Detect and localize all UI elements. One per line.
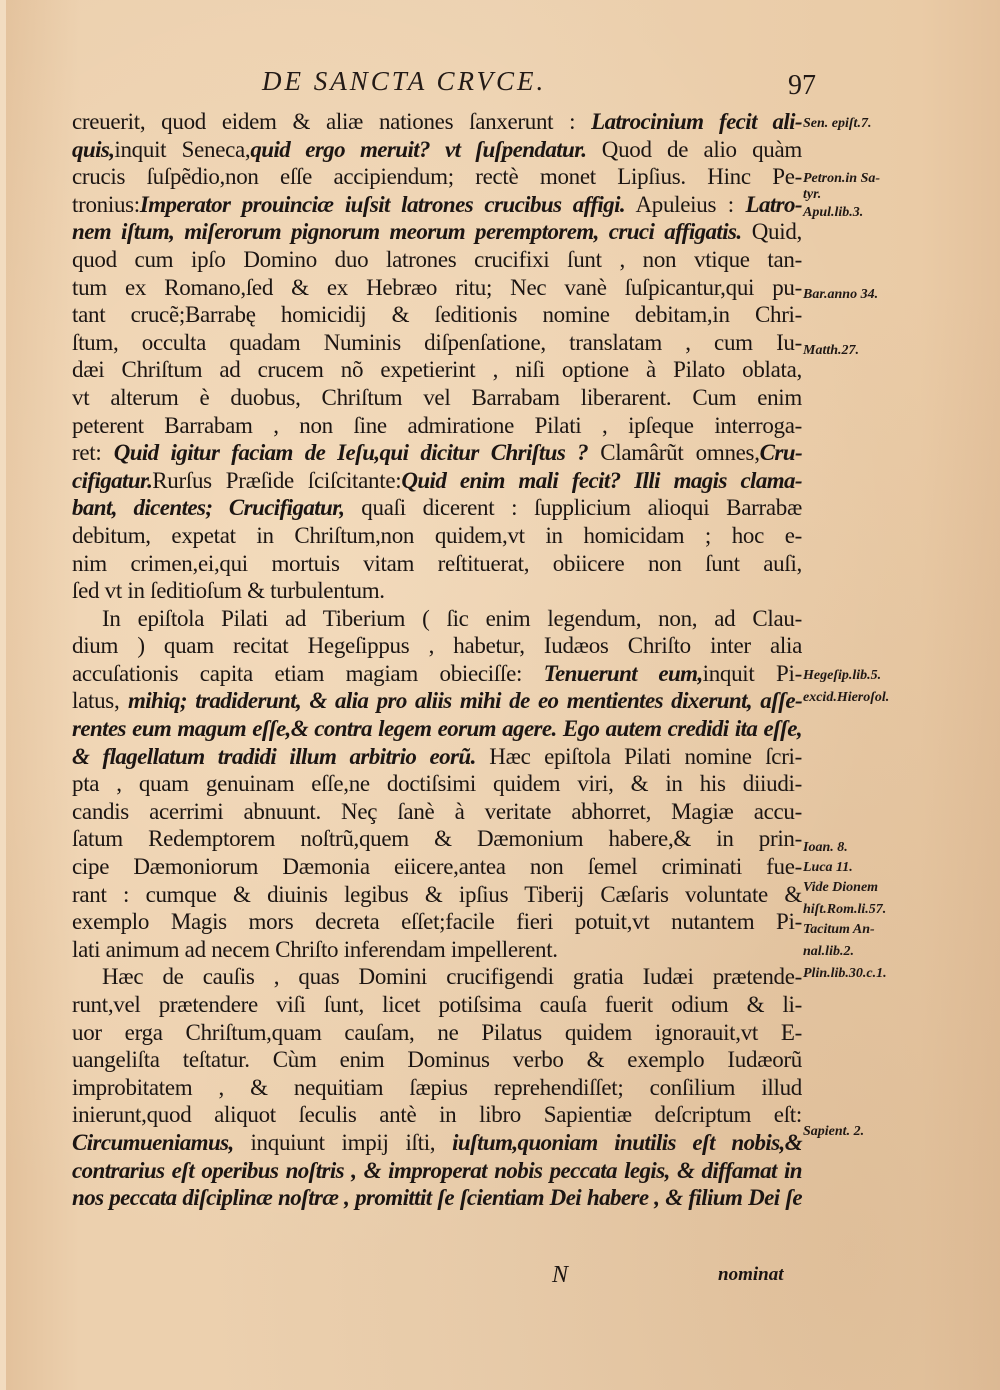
margin-note: Apul.lib.3. bbox=[803, 205, 963, 221]
text-line: nem iſtum, miſerorum pignorum meorum per… bbox=[72, 218, 802, 246]
book-page: DE SANCTA CRVCE. 97 creuerit, quod eidem… bbox=[0, 0, 1000, 1390]
text-segment: vt alterum è duobus, Chriſtum vel Barrab… bbox=[72, 385, 802, 410]
text-segment: nim crimen,ei,qui mortuis vitam reſtitue… bbox=[72, 551, 802, 576]
text-line: bant, dicentes; Crucifigatur, quaſi dice… bbox=[72, 494, 802, 522]
text-line: tum ex Romano,ſed & ex Hebræo ritu; Nec … bbox=[72, 274, 802, 302]
text-segment: uangeliſta teſtatur. Cùm enim Dominus ve… bbox=[72, 1047, 802, 1072]
text-segment: candis acerrimi abnuunt. Neç ſanè à veri… bbox=[72, 799, 802, 824]
margin-note: Petron.in Sa- bbox=[803, 171, 963, 187]
text-segment: ret: bbox=[72, 440, 114, 465]
italic-quotation: quid ergo meruit? vt ſuſpendatur. bbox=[250, 137, 586, 162]
text-line: crucis ſuſpẽdio,non eſſe accipiendum; re… bbox=[72, 163, 802, 191]
text-segment: inierunt,quod aliquot ſeculis antè in li… bbox=[72, 1102, 802, 1127]
italic-quotation: Tenuerunt eum, bbox=[544, 661, 703, 686]
running-title: DE SANCTA CRVCE. bbox=[262, 66, 546, 97]
text-segment: quod cum ipſo Domino duo latrones crucif… bbox=[72, 247, 802, 272]
text-segment: dium ) quam recitat Hegeſippus , habetur… bbox=[72, 633, 802, 658]
margin-note: excid.Hieroſol. bbox=[803, 690, 963, 706]
text-line: peterent Barrabam , non ſine admiratione… bbox=[72, 412, 802, 440]
text-segment: cipe Dæmoniorum Dæmonia eiicere,antea no… bbox=[72, 854, 802, 879]
signature-mark: N bbox=[552, 1262, 568, 1289]
text-line: rant : cumque & diuinis legibus & ipſius… bbox=[72, 881, 802, 909]
text-segment: ſed vt in ſeditioſum & turbulentum. bbox=[72, 578, 385, 603]
italic-quotation: cifigatur. bbox=[72, 468, 152, 493]
text-line: dæi Chriſtum ad crucem nõ expetierint , … bbox=[72, 356, 802, 384]
text-line: cifigatur.Rurſus Præſide ſciſcitante:Qui… bbox=[72, 467, 802, 495]
page-header: DE SANCTA CRVCE. 97 bbox=[0, 66, 1000, 106]
text-segment: runt,vel prætendere viſi ſunt, licet pot… bbox=[72, 992, 802, 1017]
margin-note: Plin.lib.30.c.1. bbox=[803, 966, 963, 982]
text-segment: inquit Seneca, bbox=[114, 137, 250, 162]
text-line: ſtum, occulta quadam Numinis diſpenſatio… bbox=[72, 329, 802, 357]
text-line: contrarius eſt operibus noſtris , & impr… bbox=[72, 1157, 802, 1185]
margin-note: Sapient. 2. bbox=[803, 1124, 963, 1140]
text-segment: Rurſus Præſide ſciſcitante: bbox=[152, 468, 401, 493]
text-line: Circumueniamus, inquiunt impij iſti, iuſ… bbox=[72, 1129, 802, 1157]
text-line: tant crucẽ;Barrabę homicidij & ſeditioni… bbox=[72, 301, 802, 329]
text-segment: ſatum Redemptorem noſtrũ,quem & Dæmonium… bbox=[72, 826, 802, 851]
text-segment: exemplo Magis mors decreta eſſet;facile … bbox=[72, 909, 802, 934]
text-segment: uor erga Chriſtum,quam cauſam, ne Pilatu… bbox=[72, 1020, 802, 1045]
text-segment: inquiunt impij iſti, bbox=[234, 1130, 452, 1155]
text-line: pta , quam genuinam eſſe,ne doctiſsimi q… bbox=[72, 770, 802, 798]
text-line: dium ) quam recitat Hegeſippus , habetur… bbox=[72, 632, 802, 660]
text-line: cipe Dæmoniorum Dæmonia eiicere,antea no… bbox=[72, 853, 802, 881]
text-segment: inquit Pi- bbox=[703, 661, 802, 686]
text-segment: tronius: bbox=[72, 192, 140, 217]
margin-note: hiſt.Rom.li.57. bbox=[803, 902, 963, 918]
page-footer: N nominat bbox=[0, 1262, 1000, 1292]
text-line: nim crimen,ei,qui mortuis vitam reſtitue… bbox=[72, 550, 802, 578]
text-segment: latus, bbox=[72, 688, 128, 713]
text-line: runt,vel prætendere viſi ſunt, licet pot… bbox=[72, 991, 802, 1019]
italic-quotation: Latrocinium fecit ali- bbox=[591, 109, 802, 134]
text-segment: ſtum, occulta quadam Numinis diſpenſatio… bbox=[72, 330, 802, 355]
text-line: ſed vt in ſeditioſum & turbulentum. bbox=[72, 577, 802, 605]
text-line: In epiſtola Pilati ad Tiberium ( ſic eni… bbox=[72, 605, 802, 633]
margin-note: Ioan. 8. bbox=[803, 840, 963, 856]
italic-quotation: & flagellatum tradidi illum arbitrio eor… bbox=[72, 744, 476, 769]
text-line: vt alterum è duobus, Chriſtum vel Barrab… bbox=[72, 384, 802, 412]
text-segment: tant crucẽ;Barrabę homicidij & ſeditioni… bbox=[72, 302, 802, 327]
text-segment: tum ex Romano,ſed & ex Hebræo ritu; Nec … bbox=[72, 275, 802, 300]
text-segment: rant : cumque & diuinis legibus & ipſius… bbox=[72, 882, 802, 907]
italic-quotation: nos peccata diſciplinæ noſtræ , promitti… bbox=[72, 1185, 802, 1210]
italic-quotation: Cru- bbox=[760, 440, 802, 465]
text-line: Hæc de cauſis , quas Domini crucifigendi… bbox=[72, 963, 802, 991]
text-segment: debitum, expetat in Chriſtum,non quidem,… bbox=[72, 523, 802, 548]
page-edge bbox=[0, 0, 6, 1390]
text-line: latus, mihiq; tradiderunt, & alia pro al… bbox=[72, 687, 802, 715]
italic-quotation: rentes eum magum eſſe,& contra legem eor… bbox=[72, 716, 802, 741]
margin-note: Matth.27. bbox=[803, 343, 963, 359]
italic-quotation: Latro- bbox=[746, 192, 802, 217]
text-segment: creuerit, quod eidem & aliæ nationes ſan… bbox=[72, 109, 591, 134]
italic-quotation: mihiq; tradiderunt, & alia pro aliis mih… bbox=[128, 688, 802, 713]
text-line: rentes eum magum eſſe,& contra legem eor… bbox=[72, 715, 802, 743]
text-line: quis,inquit Seneca,quid ergo meruit? vt … bbox=[72, 136, 802, 164]
italic-quotation: iuſtum,quoniam inutilis eſt nobis,& bbox=[452, 1130, 802, 1155]
italic-quotation: Quid igitur faciam de Ieſu,qui dicitur C… bbox=[114, 440, 588, 465]
text-segment: Quid, bbox=[742, 219, 803, 244]
text-line: inierunt,quod aliquot ſeculis antè in li… bbox=[72, 1101, 802, 1129]
text-line: debitum, expetat in Chriſtum,non quidem,… bbox=[72, 522, 802, 550]
text-segment: lati animum ad necem Chriſto inferendam … bbox=[72, 937, 558, 962]
text-segment: Hæc de cauſis , quas Domini crucifigendi… bbox=[102, 964, 802, 989]
margin-note: Sen. epiſt.7. bbox=[803, 116, 963, 132]
margin-note: Hegeſip.lib.5. bbox=[803, 668, 963, 684]
text-segment: Clamârũt omnes, bbox=[588, 440, 760, 465]
page-number: 97 bbox=[788, 70, 816, 102]
text-segment: peterent Barrabam , non ſine admiratione… bbox=[72, 413, 802, 438]
text-segment: Quod de alio quàm bbox=[586, 137, 802, 162]
margin-note: Vide Dionem bbox=[803, 880, 963, 896]
text-line: & flagellatum tradidi illum arbitrio eor… bbox=[72, 743, 802, 771]
italic-quotation: Circumueniamus, bbox=[72, 1130, 234, 1155]
text-line: quod cum ipſo Domino duo latrones crucif… bbox=[72, 246, 802, 274]
text-line: tronius:Imperator prouinciæ iuſsit latro… bbox=[72, 191, 802, 219]
text-segment: improbitatem , & nequitiam ſæpius repreh… bbox=[72, 1075, 802, 1100]
text-segment: dæi Chriſtum ad crucem nõ expetierint , … bbox=[72, 357, 802, 382]
text-line: exemplo Magis mors decreta eſſet;facile … bbox=[72, 908, 802, 936]
margin-note: Luca 11. bbox=[803, 860, 963, 876]
italic-quotation: bant, dicentes; Crucifigatur, bbox=[72, 495, 344, 520]
italic-quotation: nem iſtum, miſerorum pignorum meorum per… bbox=[72, 219, 742, 244]
text-line: uangeliſta teſtatur. Cùm enim Dominus ve… bbox=[72, 1046, 802, 1074]
text-line: nos peccata diſciplinæ noſtræ , promitti… bbox=[72, 1184, 802, 1212]
text-line: creuerit, quod eidem & aliæ nationes ſan… bbox=[72, 108, 802, 136]
text-segment: In epiſtola Pilati ad Tiberium ( ſic eni… bbox=[102, 606, 802, 631]
text-segment: pta , quam genuinam eſſe,ne doctiſsimi q… bbox=[72, 771, 802, 796]
text-segment: crucis ſuſpẽdio,non eſſe accipiendum; re… bbox=[72, 164, 802, 189]
margin-note: nal.lib.2. bbox=[803, 944, 963, 960]
text-line: improbitatem , & nequitiam ſæpius repreh… bbox=[72, 1074, 802, 1102]
text-line: accuſationis capita etiam magiam obieciſ… bbox=[72, 660, 802, 688]
margin-note: Bar.anno 34. bbox=[803, 287, 963, 303]
text-segment: Hæc epiſtola Pilati nomine ſcri- bbox=[476, 744, 802, 769]
text-line: uor erga Chriſtum,quam cauſam, ne Pilatu… bbox=[72, 1019, 802, 1047]
italic-quotation: quis, bbox=[72, 137, 114, 162]
italic-quotation: Imperator prouinciæ iuſsit latrones cruc… bbox=[140, 192, 625, 217]
italic-quotation: contrarius eſt operibus noſtris , & impr… bbox=[72, 1158, 802, 1183]
text-segment: quaſi dicerent : ſupplicium alioqui Barr… bbox=[344, 495, 802, 520]
text-line: lati animum ad necem Chriſto inferendam … bbox=[72, 936, 802, 964]
margin-note: tyr. bbox=[803, 187, 963, 203]
body-text: creuerit, quod eidem & aliæ nationes ſan… bbox=[72, 108, 802, 1212]
text-line: ret: Quid igitur faciam de Ieſu,qui dici… bbox=[72, 439, 802, 467]
margin-note: Tacitum An- bbox=[803, 922, 963, 938]
text-segment: accuſationis capita etiam magiam obieciſ… bbox=[72, 661, 544, 686]
catchword: nominat bbox=[718, 1264, 783, 1286]
italic-quotation: Quid enim mali fecit? Illi magis clama- bbox=[401, 468, 802, 493]
text-line: ſatum Redemptorem noſtrũ,quem & Dæmonium… bbox=[72, 825, 802, 853]
text-segment: Apuleius : bbox=[625, 192, 746, 217]
text-line: candis acerrimi abnuunt. Neç ſanè à veri… bbox=[72, 798, 802, 826]
